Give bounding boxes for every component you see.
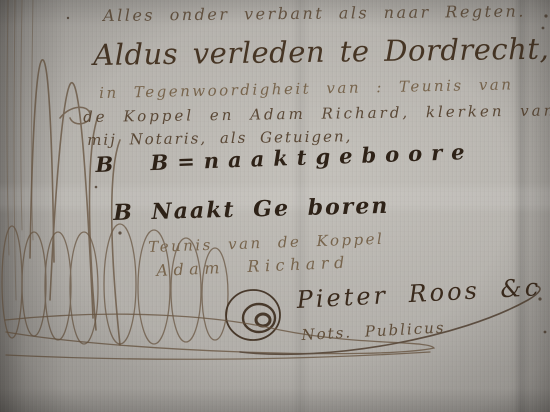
pen-flourishes xyxy=(0,0,550,412)
signature-paraph-loops xyxy=(226,290,280,340)
ink-specks xyxy=(67,14,548,333)
tall-loop-flourishes xyxy=(30,60,120,345)
page-fold-lines xyxy=(7,0,33,300)
manuscript-photo: Alles onder verbant als naar Regten. Ald… xyxy=(0,0,550,412)
